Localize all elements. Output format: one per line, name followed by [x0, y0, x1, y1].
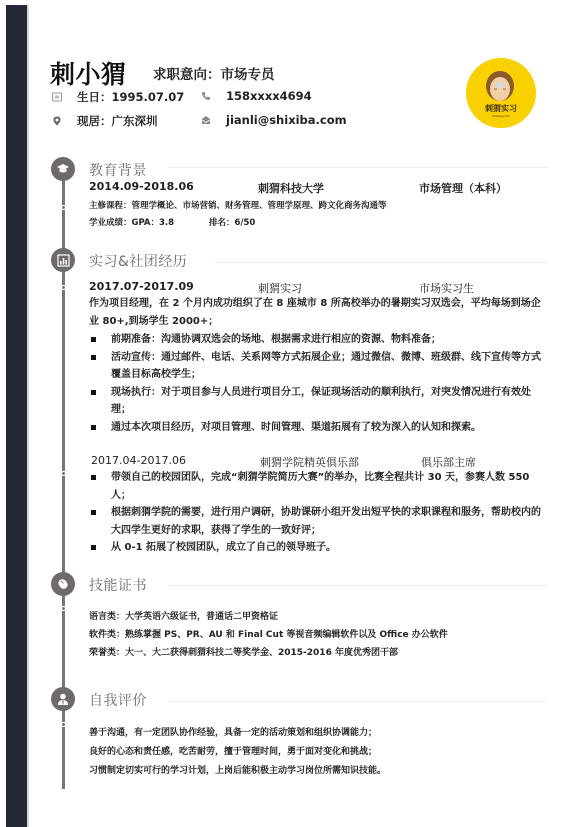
skills-line: 语言类：大学英语六级证书，普通话二甲资格证 — [89, 609, 278, 622]
skills-node — [51, 572, 75, 596]
email-icon — [201, 115, 211, 125]
bullet-item: 通过本次项目经历，对项目管理、时间管理、渠道拓展有了较为深入的认知和探索。 — [89, 419, 549, 437]
experience-bullets-1: 前期准备：沟通协调双选会的场地、根据需求进行相应的资源、物料准备； 活动宣传：通… — [89, 331, 549, 436]
self-eval-node — [51, 687, 75, 711]
bullet-item: 根据刺猬学院的需要，进行用户调研，协助课研小组开发出短平快的求职课程和服务，帮助… — [89, 504, 549, 539]
calendar-icon — [52, 92, 62, 102]
birthday-text: 生日：1995.07.07 — [77, 89, 184, 105]
email-row: jianli@shixiba.com — [201, 113, 347, 127]
phone-text: 158xxxx4694 — [226, 89, 312, 103]
experience-row-2: 2017.04-2017.06 刺猬学院精英俱乐部 俱乐部主席 — [91, 454, 551, 468]
section-rule — [168, 585, 548, 586]
bullet-item: 前期准备：沟通协调双选会的场地、根据需求进行相应的资源、物料准备； — [89, 331, 549, 349]
section-title-experience: 实习&社团经历 — [89, 251, 187, 271]
experience-bullets-2: 带领自己的校园团队，完成“刺猬学院简历大赛”的举办，比赛全程共计 30 天，参赛… — [89, 469, 549, 557]
bullet-item: 从 0-1 拓展了校园团队，成立了自己的领导班子。 — [89, 539, 549, 557]
experience-role: 俱乐部主席 — [421, 454, 476, 470]
timeline-dot — [60, 285, 67, 290]
self-eval-line: 善于沟通，有一定团队协作经验，具备一定的活动策划和组织协调能力； — [89, 725, 377, 738]
education-school: 刺猬科技大学 — [258, 180, 324, 196]
education-gpa: 学业成绩：GPA：3.8 — [89, 216, 174, 228]
education-rank: 排名：6/50 — [209, 216, 255, 228]
experience-period: 2017.07-2017.09 — [89, 280, 194, 293]
education-courses: 主修课程：管理学概论、市场营销、财务管理、管理学原理、跨文化商务沟通等 — [89, 199, 387, 211]
phone-row: 158xxxx4694 — [201, 89, 312, 103]
section-title-skills: 技能证书 — [89, 575, 147, 595]
education-row: 2014.09-2018.06 刺猬科技大学 市场管理（本科） — [89, 180, 549, 194]
skills-line: 软件类：熟练掌握 PS、PR、AU 和 Final Cut 等视音频编辑软件以及… — [89, 627, 448, 640]
section-rule — [168, 167, 548, 168]
section-title-education: 教育背景 — [89, 160, 147, 180]
experience-node — [51, 248, 75, 272]
experience-role: 市场实习生 — [419, 280, 474, 296]
bullet-item: 现场执行：对于项目参与人员进行项目分工，保证现场活动的顺利执行，对突发情况进行有… — [89, 384, 549, 419]
bullet-item: 活动宣传：通过邮件、电话、关系网等方式拓展企业；通过微信、微博、班级群、线下宣传… — [89, 349, 549, 384]
sidebar-edge — [27, 5, 29, 827]
self-eval-line: 良好的心态和责任感，吃苦耐劳，擅于管理时间，勇于面对变化和挑战； — [89, 744, 377, 757]
phone-icon — [201, 91, 211, 101]
bar-chart-icon — [57, 254, 70, 267]
sidebar-bar — [6, 5, 27, 827]
svg-text:shixiseng.com: shixiseng.com — [492, 114, 510, 118]
experience-row-1: 2017.07-2017.09 刺猬实习 市场实习生 — [89, 280, 549, 294]
graduation-cap-icon — [56, 162, 70, 176]
timeline-dot — [60, 606, 67, 611]
svg-text:刺猬实习: 刺猬实习 — [485, 103, 517, 113]
section-title-self-eval: 自我评价 — [89, 690, 147, 710]
location-pin-icon — [52, 116, 62, 126]
timeline-dot — [60, 471, 67, 476]
education-period: 2014.09-2018.06 — [89, 180, 194, 193]
mouse-icon — [56, 577, 70, 591]
section-rule — [168, 701, 548, 702]
birthday-row: 生日：1995.07.07 — [52, 89, 184, 105]
experience-org: 刺猬学院精英俱乐部 — [260, 454, 359, 470]
bullet-item: 带领自己的校园团队，完成“刺猬学院简历大赛”的举办，比赛全程共计 30 天，参赛… — [89, 469, 549, 504]
location-text: 现居：广东深圳 — [77, 113, 158, 129]
section-rule — [215, 262, 548, 263]
user-icon — [56, 692, 70, 706]
timeline-dot — [60, 722, 67, 727]
skills-line: 荣誉类：大一、大二获得刺猬科技二等奖学金、2015-2016 年度优秀团干部 — [89, 645, 398, 658]
experience-summary: 作为项目经理，在 2 个月内成功组织了在 8 座城市 8 所高校举办的暑期实习双… — [89, 295, 549, 330]
hedgehog-icon: 刺猬实习 shixiseng.com — [466, 58, 536, 128]
timeline-dot — [60, 205, 67, 210]
brand-logo: 刺猬实习 shixiseng.com — [466, 58, 536, 128]
education-node — [51, 157, 75, 181]
experience-org: 刺猬实习 — [258, 280, 302, 296]
experience-period: 2017.04-2017.06 — [91, 454, 186, 467]
self-eval-line: 习惯制定切实可行的学习计划，上岗后能积极主动学习岗位所需知识技能。 — [89, 763, 386, 776]
email-text: jianli@shixiba.com — [226, 113, 347, 127]
job-intent: 求职意向：市场专员 — [153, 63, 275, 83]
education-major: 市场管理（本科） — [419, 180, 507, 196]
location-row: 现居：广东深圳 — [52, 113, 158, 129]
candidate-name: 刺小猬 — [50, 55, 127, 91]
